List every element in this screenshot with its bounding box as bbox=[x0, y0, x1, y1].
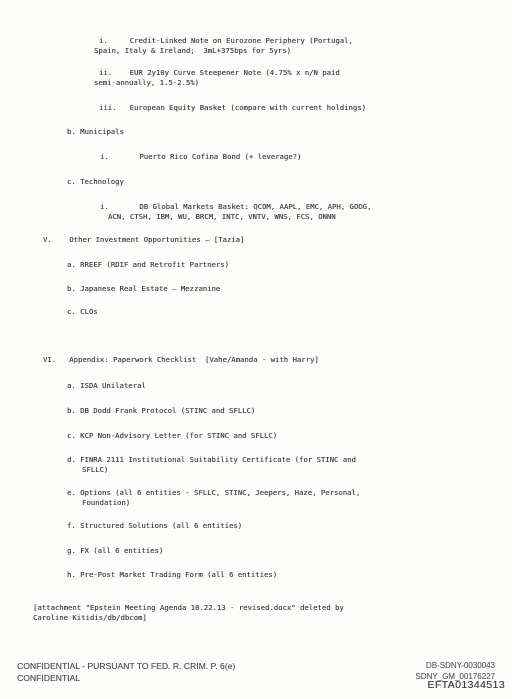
document-line: V. Other Investment Opportunities – [Taz… bbox=[43, 235, 244, 245]
document-line: c. Technology bbox=[67, 177, 124, 187]
document-page: i. Credit-Linked Note on Eurozone Periph… bbox=[0, 0, 512, 699]
efta-stamp: EFTA01344513 bbox=[427, 679, 505, 691]
document-line: iii. European Equity Basket (compare wit… bbox=[99, 103, 366, 113]
document-line: c. KCP Non-Advisory Letter (for STINC an… bbox=[67, 431, 277, 441]
document-line: c. CLOs bbox=[67, 307, 98, 317]
document-line: SFLLC) bbox=[82, 465, 108, 475]
confidential-label: CONFIDENTIAL bbox=[17, 672, 235, 684]
document-line: b. Japanese Real Estate – Mezzanine bbox=[67, 284, 220, 294]
document-line: [attachment "Epstein Meeting Agenda 10.2… bbox=[33, 603, 344, 613]
document-line: Spain, Italy & Ireland; 3mL+375bps for 5… bbox=[94, 46, 291, 56]
document-line: f. Structured Solutions (all 6 entities) bbox=[67, 521, 242, 531]
document-line: i. DB Global Markets Basket: QCOM, AAPL,… bbox=[100, 202, 371, 212]
document-line: d. FINRA 2111 Institutional Suitability … bbox=[67, 455, 356, 465]
document-line: g. FX (all 6 entities) bbox=[67, 546, 163, 556]
confidential-legend: CONFIDENTIAL - PURSUANT TO FED. R. CRIM.… bbox=[17, 660, 235, 672]
document-line: b. DB Dodd Frank Protocol (STINC and SFL… bbox=[67, 406, 255, 416]
document-line: a. ISDA Unilateral bbox=[67, 381, 146, 391]
document-line: Caroline Kitidis/db/dbcom] bbox=[33, 613, 147, 623]
document-line: i. Credit-Linked Note on Eurozone Periph… bbox=[99, 36, 353, 46]
bates-number-db-sdny: DB-SDNY-0030043 bbox=[415, 660, 495, 671]
document-line: i. Puerto Rico Cofina Bond (+ leverage?) bbox=[100, 152, 301, 162]
document-line: VI. Appendix: Paperwork Checklist [Vahe/… bbox=[43, 355, 319, 365]
document-line: ACN, CTSH, IBM, WU, BRCM, INTC, VNTV, WN… bbox=[108, 212, 336, 222]
document-line: semi-annually, 1.5-2.5%) bbox=[94, 78, 199, 88]
document-line: ii. EUR 2y10y Curve Steepener Note (4.75… bbox=[99, 68, 340, 78]
document-line: b. Municipals bbox=[67, 127, 124, 137]
document-line: h. Pre-Post Market Trading Form (all 6 e… bbox=[67, 570, 277, 580]
confidentiality-footer: CONFIDENTIAL - PURSUANT TO FED. R. CRIM.… bbox=[17, 660, 235, 684]
document-line: e. Options (all 6 entities - SFLLC, STIN… bbox=[67, 488, 360, 498]
document-line: Foundation) bbox=[82, 498, 130, 508]
document-line: a. RREEF (RDIF and Retrofit Partners) bbox=[67, 260, 229, 270]
